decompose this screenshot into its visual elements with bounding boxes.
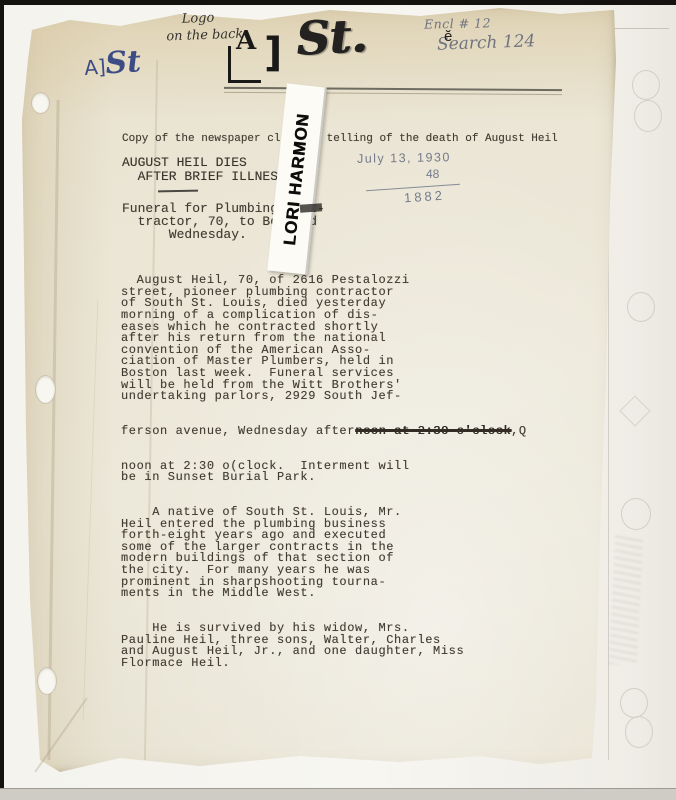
enclosure-number-note: Encl # 12	[424, 15, 491, 31]
strike-prefix: ferson avenue, Wednesday after	[121, 424, 355, 438]
backing-hole-outline	[621, 498, 651, 530]
small-ink-mark: ĕ	[444, 28, 452, 45]
backing-hole-outline	[625, 716, 653, 748]
punch-hole	[32, 93, 49, 113]
logo-note-line1: Logo	[181, 9, 243, 28]
body-paragraph-2: A native of South St. Louis, Mr. Heil en…	[121, 507, 527, 600]
punch-hole	[36, 376, 55, 403]
blackletter-st-sketch: St.	[295, 8, 368, 66]
scanner-bottom-strip	[0, 788, 676, 800]
body-paragraph-1a: August Heil, 70, of 2616 Pestalozzi stre…	[121, 275, 527, 403]
backing-hole-outline	[627, 292, 655, 322]
strike-suffix: ,Q	[511, 424, 527, 438]
headline: AUGUST HEIL DIES AFTER BRIEF ILLNESS	[122, 156, 286, 183]
body-text: August Heil, 70, of 2616 Pestalozzi stre…	[121, 252, 527, 681]
body-strike-line: ferson avenue, Wednesday afternoon at 2:…	[121, 426, 527, 438]
name-tape-text: LORI HARMON	[280, 112, 314, 246]
blue-monogram-a: A]	[83, 55, 106, 80]
ink-smudge	[300, 203, 323, 213]
bracket-stroke: ]	[264, 30, 282, 76]
body-paragraph-1b: noon at 2:30 o(clock. Interment will be …	[121, 461, 527, 484]
backing-hole-outline	[620, 688, 648, 718]
age-note: 48	[426, 167, 439, 181]
blue-monogram-sketch: A]St	[83, 44, 142, 83]
struck-text: noon at 2:30 o'clock	[355, 424, 511, 438]
backing-hole-outline	[634, 100, 662, 132]
birth-year-note: 1882	[404, 188, 446, 206]
backing-corner-line	[610, 28, 669, 83]
blue-monogram-st: St	[104, 44, 142, 81]
document-caption: Copy of the newspaper clipping telling o…	[122, 133, 558, 146]
body-paragraph-3: He is survived by his widow, Mrs. Paulin…	[121, 623, 527, 669]
box-stroke	[228, 46, 261, 83]
death-date-note: July 13, 1930	[357, 150, 451, 166]
punch-hole	[38, 668, 56, 694]
